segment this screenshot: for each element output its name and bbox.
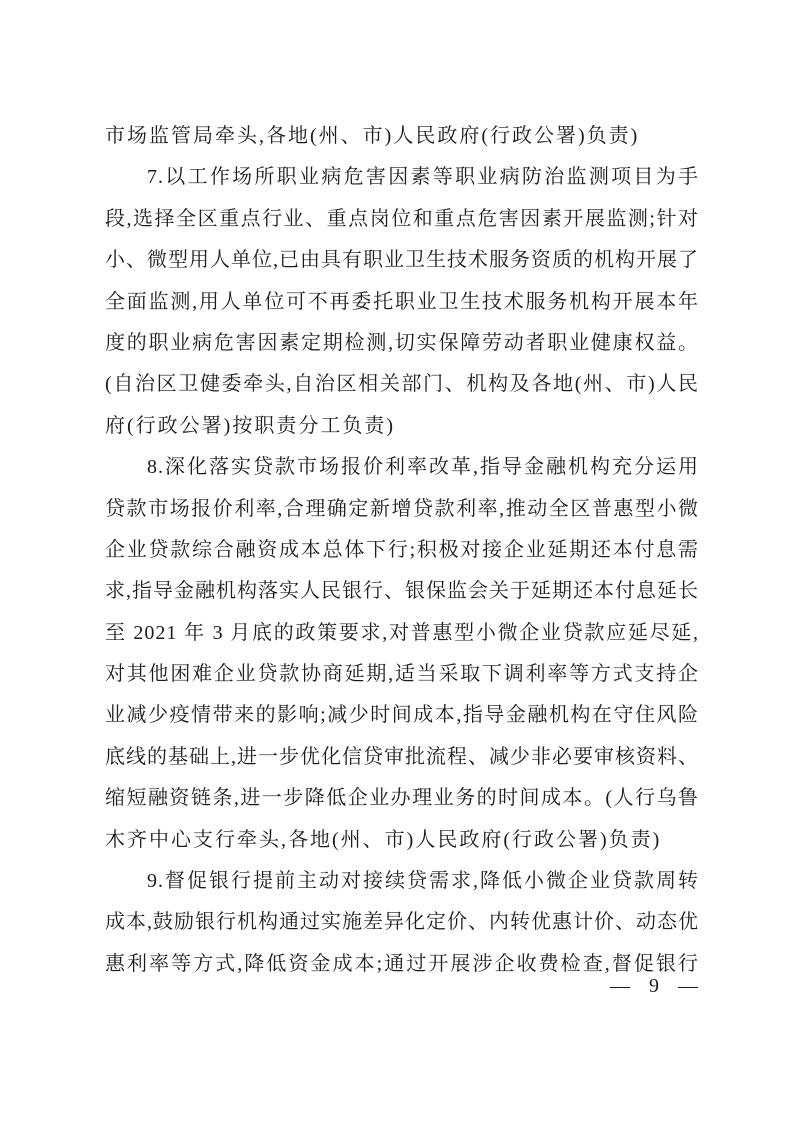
text-line: 贷款市场报价利率,合理确定新增贷款利率,推动全区普惠型小微 xyxy=(105,489,699,530)
text-line-item-8-start: 8.深化落实贷款市场报价利率改革,指导金融机构充分运用 xyxy=(105,447,699,488)
text-line: (自治区卫健委牵头,自治区相关部门、机构及各地(州、市)人民政 xyxy=(105,364,699,405)
text-line: 小、微型用人单位,已由具有职业卫生技术服务资质的机构开展了 xyxy=(105,240,699,281)
text-line: 段,选择全区重点行业、重点岗位和重点危害因素开展监测;针对 xyxy=(105,199,699,240)
text-line: 底线的基础上,进一步优化信贷审批流程、减少非必要审核资料、 xyxy=(105,737,699,778)
text-line-item-7-start: 7.以工作场所职业病危害因素等职业病防治监测项目为手 xyxy=(105,157,699,198)
text-line: 对其他困难企业贷款协商延期,适当采取下调利率等方式支持企 xyxy=(105,654,699,695)
text-line: 木齐中心支行牵头,各地(州、市)人民政府(行政公署)负责) xyxy=(105,820,699,861)
text-line-item-9-start: 9.督促银行提前主动对接续贷需求,降低小微企业贷款周转 xyxy=(105,861,699,902)
document-body: 市场监管局牵头,各地(州、市)人民政府(行政公署)负责) 7.以工作场所职业病危… xyxy=(105,116,699,985)
document-page: 市场监管局牵头,各地(州、市)人民政府(行政公署)负责) 7.以工作场所职业病危… xyxy=(0,0,793,1122)
text-line: 市场监管局牵头,各地(州、市)人民政府(行政公署)负责) xyxy=(105,116,699,157)
text-line: 缩短融资链条,进一步降低企业办理业务的时间成本。(人行乌鲁 xyxy=(105,778,699,819)
text-line: 全面监测,用人单位可不再委托职业卫生技术服务机构开展本年 xyxy=(105,282,699,323)
text-line: 府(行政公署)按职责分工负责) xyxy=(105,406,699,447)
text-line: 业减少疫情带来的影响;减少时间成本,指导金融机构在守住风险 xyxy=(105,695,699,736)
text-line: 成本,鼓励银行机构通过实施差异化定价、内转优惠计价、动态优 xyxy=(105,902,699,943)
text-line: 企业贷款综合融资成本总体下行;积极对接企业延期还本付息需 xyxy=(105,530,699,571)
text-line: 至 2021 年 3 月底的政策要求,对普惠型小微企业贷款应延尽延, xyxy=(105,613,699,654)
text-line: 度的职业病危害因素定期检测,切实保障劳动者职业健康权益。 xyxy=(105,323,699,364)
text-line: 求,指导金融机构落实人民银行、银保监会关于延期还本付息延长 xyxy=(105,571,699,612)
page-number: — 9 — xyxy=(610,972,705,1000)
